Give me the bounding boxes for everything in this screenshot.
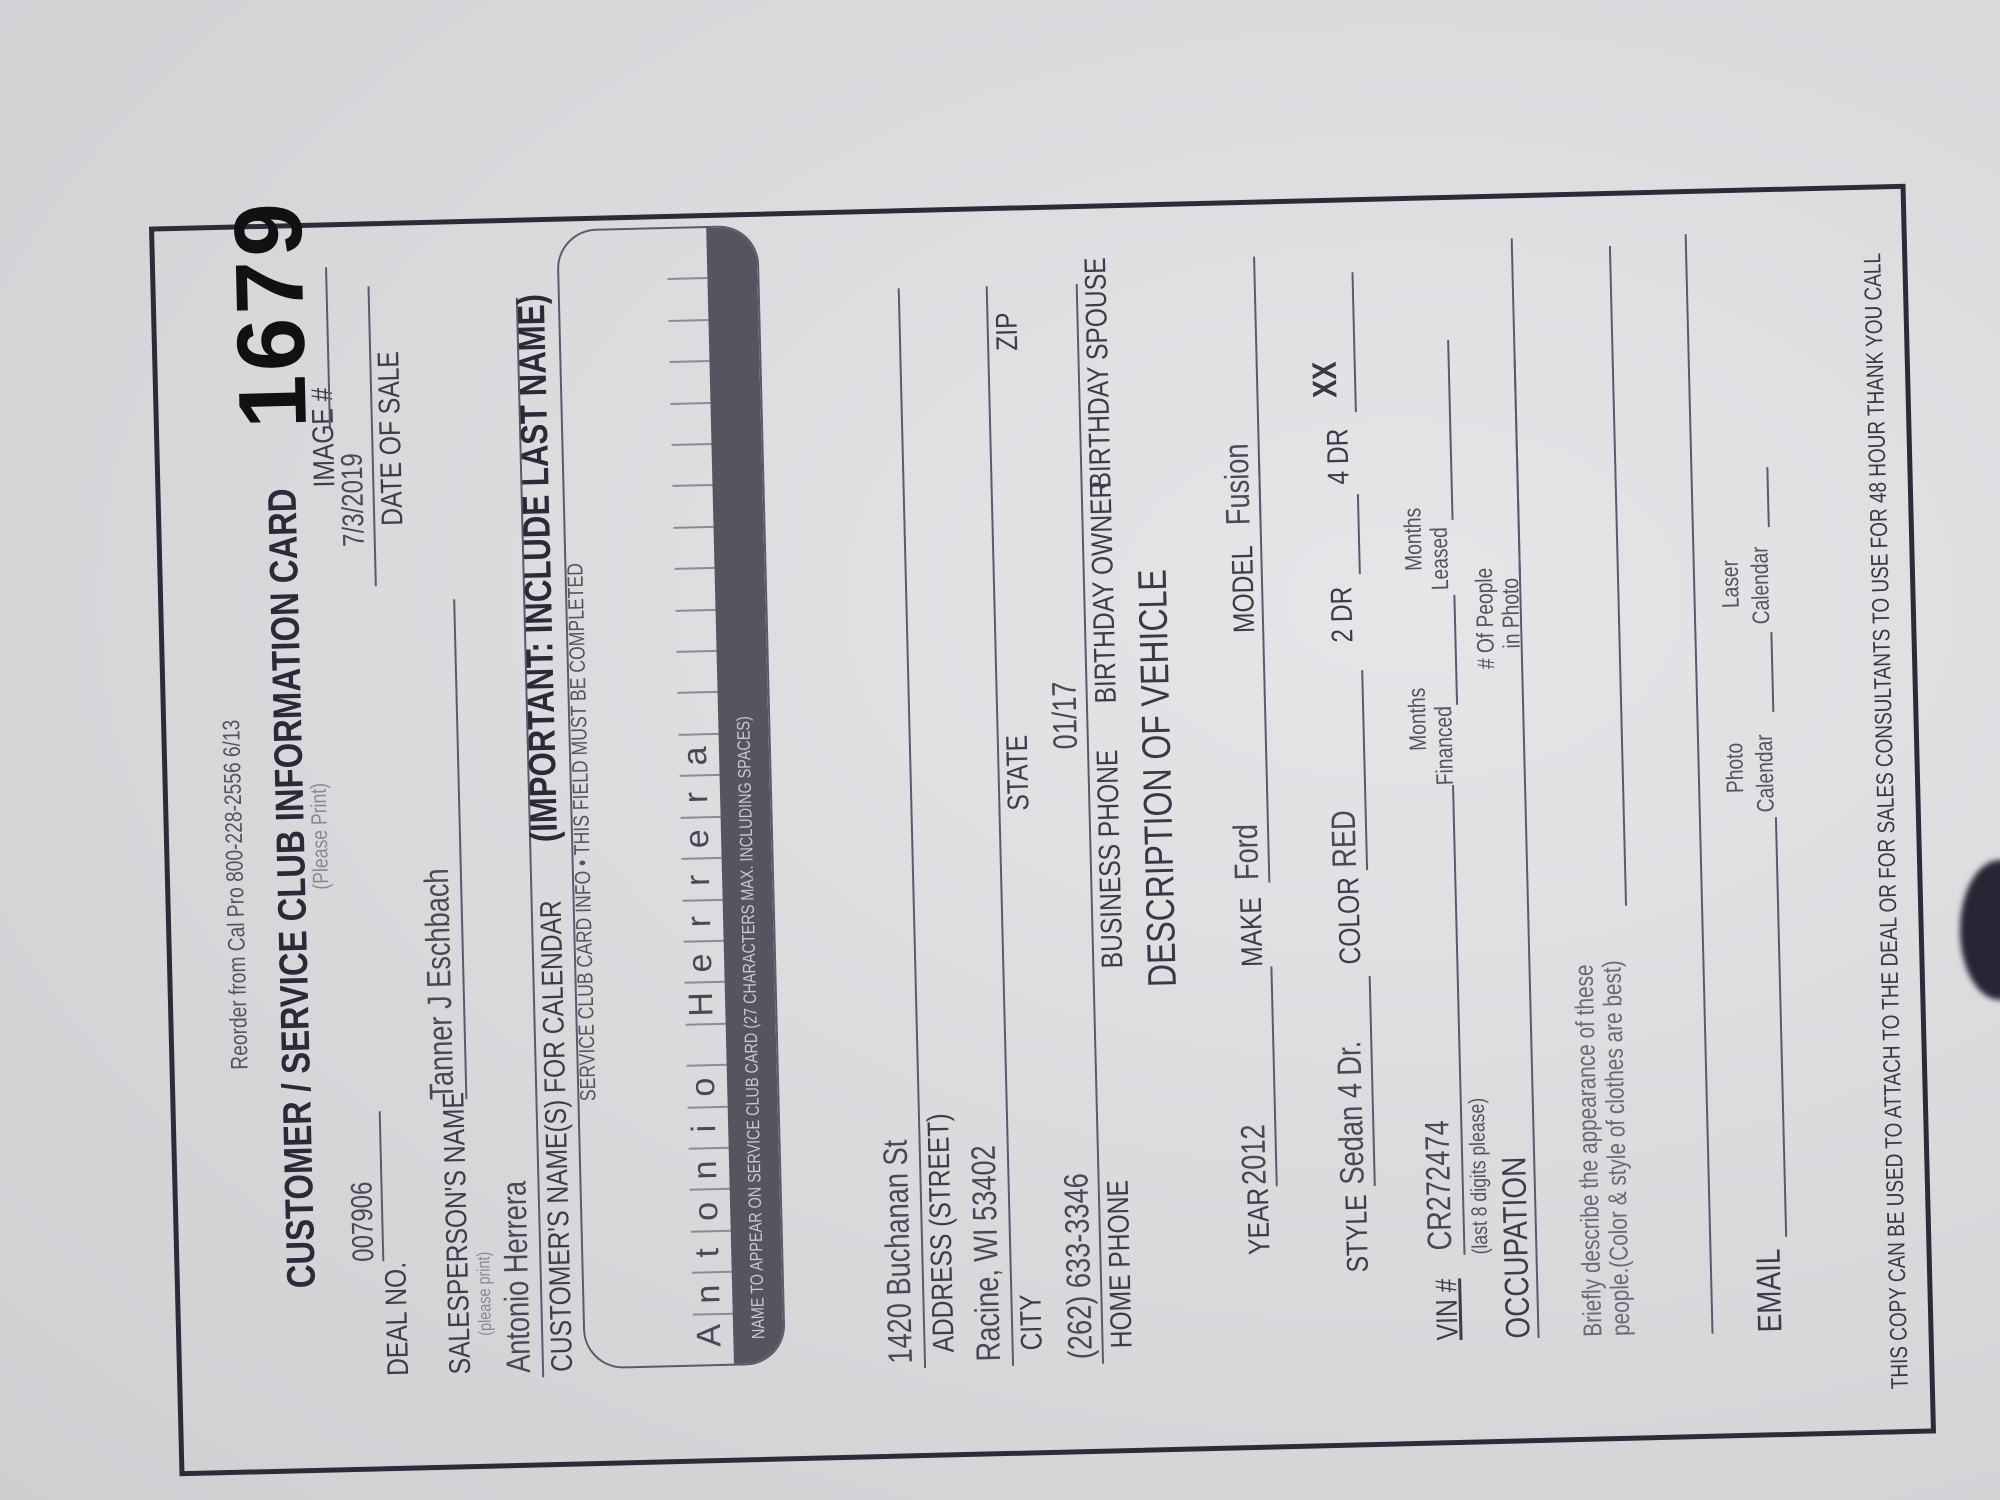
card-cell-divider xyxy=(671,443,711,446)
deal-number-field[interactable]: 007906 xyxy=(345,1181,381,1262)
home-phone-label: HOME PHONE xyxy=(1102,1180,1140,1349)
card-cell-letter[interactable]: r xyxy=(679,874,718,886)
card-cell-divider xyxy=(667,277,707,280)
salesperson-sublabel: (please print) xyxy=(473,1251,496,1336)
card-cell-divider xyxy=(688,1105,728,1108)
card-cell-divider xyxy=(684,940,724,943)
model-field[interactable]: Fusion xyxy=(1218,443,1259,526)
card-cell-divider xyxy=(670,402,710,405)
four-door-label: 4 DR xyxy=(1321,428,1356,485)
city-label: CITY xyxy=(1014,1294,1049,1351)
occupation-label: OCCUPATION xyxy=(1495,1156,1538,1339)
months-leased-label-1: Months xyxy=(1399,508,1429,572)
card-cell-divider xyxy=(692,1271,732,1274)
card-instruction-bar: NAME TO APPEAR ON SERVICE CLUB CARD (27 … xyxy=(706,227,784,1364)
year-field[interactable]: 2012 xyxy=(1234,1124,1274,1185)
birthday-spouse-label: BIRTHDAY SPOUSE xyxy=(1079,257,1119,489)
information-card-form: Reorder from Cal Pro 800-228-2556 6/13 C… xyxy=(149,184,1936,1477)
make-field[interactable]: Ford xyxy=(1227,824,1267,881)
card-cell-divider xyxy=(679,733,719,736)
city-field[interactable]: Racine, WI 53402 xyxy=(965,1145,1009,1362)
reorder-text: Reorder from Cal Pro 800-228-2556 6/13 xyxy=(218,719,255,1070)
card-cell-divider xyxy=(691,1230,731,1233)
laser-calendar-label-1: Laser xyxy=(1717,560,1746,609)
card-cell-divider xyxy=(689,1147,729,1150)
card-cell-divider xyxy=(680,774,720,777)
please-print-note: (Please Print) xyxy=(306,783,335,890)
style-label: STYLE xyxy=(1340,1194,1376,1273)
important-note: (IMPORTANT: INCLUDE LAST NAME) xyxy=(511,294,567,843)
four-door-field[interactable]: XX xyxy=(1306,361,1346,398)
people-count-label-2: in Photo xyxy=(1497,578,1527,649)
card-cell-letter[interactable]: H xyxy=(682,992,722,1018)
business-phone-label: BUSINESS PHONE xyxy=(1091,749,1130,968)
months-financed-label-2: Financed xyxy=(1430,706,1460,786)
style-field[interactable]: Sedan 4 Dr. xyxy=(1330,1040,1372,1185)
make-label: MAKE xyxy=(1235,897,1271,968)
card-cell-divider xyxy=(674,567,714,570)
footer-note: THIS COPY CAN BE USED TO ATTACH TO THE D… xyxy=(1859,253,1915,1390)
year-label: YEAR xyxy=(1242,1187,1278,1255)
vin-note: (last 8 digits please) xyxy=(1464,1098,1494,1255)
card-cell-divider xyxy=(672,484,712,487)
months-financed-label-1: Months xyxy=(1404,687,1434,751)
card-cell-divider xyxy=(673,526,713,529)
photo-calendar-label-2: Calendar xyxy=(1751,734,1781,813)
photo-calendar-field[interactable] xyxy=(1770,632,1774,712)
salesperson-field[interactable]: Tanner J Eschbach xyxy=(418,868,463,1100)
zip-label: ZIP xyxy=(990,312,1025,351)
birthday-owner-label: BIRTHDAY OWNER xyxy=(1084,480,1123,704)
card-cell-divider xyxy=(683,898,723,901)
deal-number-label: DEAL NO. xyxy=(379,1262,416,1377)
appearance-line-2[interactable] xyxy=(1685,234,1714,1334)
card-cell-divider xyxy=(676,609,716,612)
email-field[interactable] xyxy=(1775,817,1787,1237)
card-cell-divider xyxy=(678,691,718,694)
card-cell-divider xyxy=(668,319,708,322)
background-object xyxy=(1960,860,2000,1000)
vin-field[interactable]: CR272474 xyxy=(1418,1120,1460,1251)
card-cell-letter[interactable]: r xyxy=(680,915,719,927)
card-cell-letter[interactable]: n xyxy=(689,1284,728,1304)
card-cell-letter[interactable]: e xyxy=(678,829,717,849)
color-field[interactable]: RED xyxy=(1325,810,1365,868)
card-cell-letter[interactable]: A xyxy=(690,1324,730,1348)
card-cell-divider xyxy=(669,360,709,363)
date-of-sale-field[interactable]: 7/3/2019 xyxy=(336,453,372,547)
state-label: STATE xyxy=(1001,735,1037,811)
laser-calendar-label-2: Calendar xyxy=(1746,546,1776,625)
card-cell-divider xyxy=(677,650,717,653)
card-cell-letter[interactable]: o xyxy=(684,1077,723,1097)
card-cell-divider xyxy=(681,816,721,819)
address-label: ADDRESS (STREET) xyxy=(922,1113,962,1353)
card-cell-letter[interactable]: r xyxy=(677,791,716,803)
birthday-owner-field[interactable]: 01/17 xyxy=(1045,681,1086,750)
customer-name-field[interactable]: Antonio Herrera xyxy=(495,1180,539,1373)
vin-label: VIN # xyxy=(1430,1278,1465,1340)
card-cell-letter[interactable]: a xyxy=(676,746,715,766)
address-field[interactable]: 1420 Buchanan St xyxy=(877,1139,921,1364)
card-cell-divider xyxy=(690,1188,730,1191)
two-door-label: 2 DR xyxy=(1325,586,1360,643)
photo-calendar-label-1: Photo xyxy=(1721,743,1750,794)
date-of-sale-label: DATE OF SALE xyxy=(372,351,410,526)
months-leased-label-2: Leased xyxy=(1426,527,1456,591)
card-cell-letter[interactable]: n xyxy=(686,1160,725,1180)
image-number-value[interactable]: 1679 xyxy=(213,198,329,430)
laser-calendar-field[interactable] xyxy=(1766,467,1769,527)
card-cell-divider xyxy=(682,857,722,860)
service-club-card-box[interactable]: AntonioHerrera NAME TO APPEAR ON SERVICE… xyxy=(556,225,786,1370)
card-cell-divider xyxy=(686,1023,726,1026)
card-cell-letter[interactable]: i xyxy=(685,1124,724,1133)
card-cell-divider xyxy=(685,981,725,984)
model-label: MODEL xyxy=(1226,545,1262,633)
card-cell-letter[interactable]: e xyxy=(681,953,720,973)
home-phone-field[interactable]: (262) 633-3346 xyxy=(1057,1173,1101,1360)
vehicle-heading: DESCRIPTION OF VEHICLE xyxy=(1131,569,1186,988)
salesperson-label: SALESPERSON'S NAME xyxy=(437,1092,478,1375)
card-cell-letter[interactable]: o xyxy=(687,1201,726,1221)
email-label: EMAIL xyxy=(1749,1248,1790,1333)
card-cell-divider xyxy=(693,1312,733,1315)
color-label: COLOR xyxy=(1332,877,1368,965)
card-cell-divider xyxy=(687,1064,727,1067)
card-cell-letter[interactable]: t xyxy=(688,1248,727,1258)
